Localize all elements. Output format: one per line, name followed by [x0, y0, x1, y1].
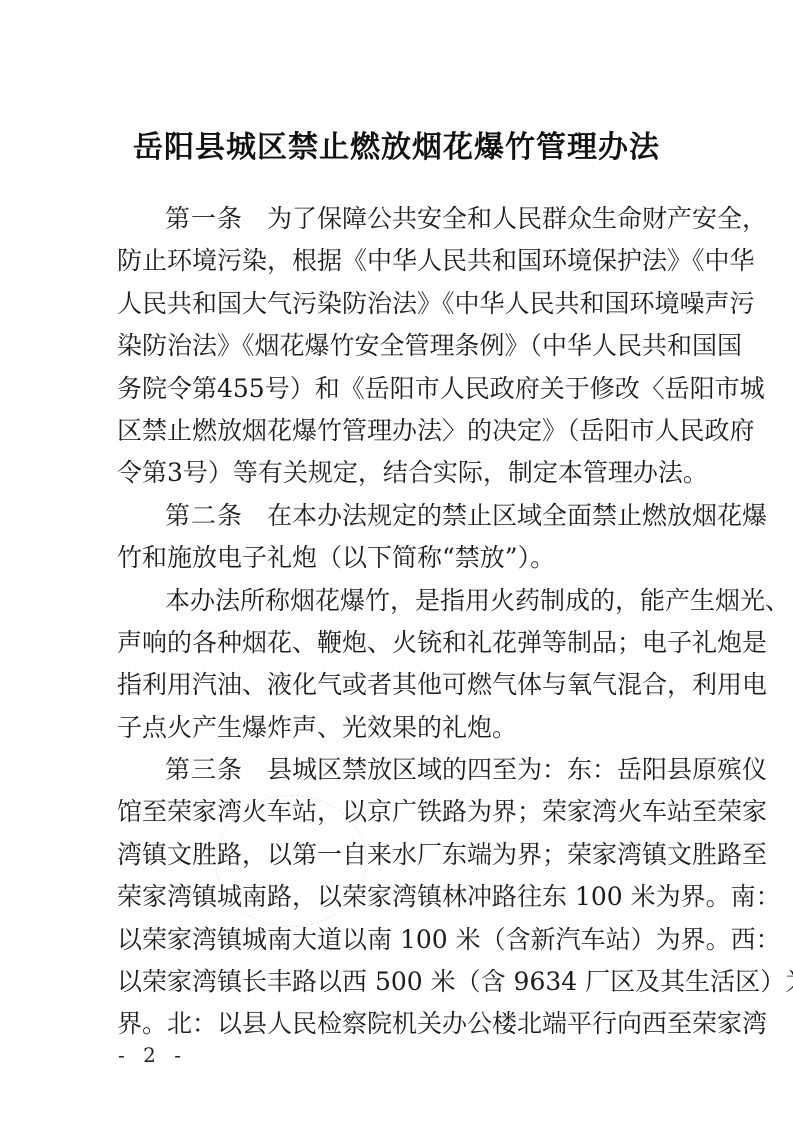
text-line: 染防治法》《烟花爆竹安全管理条例》（中华人民共和国国 [117, 325, 683, 367]
article-label: 第二条 [165, 501, 243, 530]
text-line: 务院令第455号）和《岳阳市人民政府关于修改〈岳阳市城 [117, 368, 683, 410]
text-line: 令第3号）等有关规定，结合实际，制定本管理办法。 [117, 452, 683, 494]
article-3-line-1: 第三条县城区禁放区域的四至为：东：岳阳县原殡仪 [117, 749, 683, 791]
text-line: 子点火产生爆炸声、光效果的礼炮。 [117, 707, 683, 749]
page-number: - 2 - [118, 1043, 187, 1067]
text-line: 界。北：以县人民检察院机关办公楼北端平行向西至荣家湾 [117, 1003, 683, 1045]
text-line: 声响的各种烟花、鞭炮、火铳和礼花弹等制品；电子礼炮是 [117, 622, 683, 664]
article-label: 第一条 [165, 204, 243, 233]
text-line: 竹和施放电子礼炮（以下简称“禁放”）。 [117, 537, 683, 579]
article-label: 第三条 [165, 755, 243, 784]
article-2-line-1: 第二条在本办法规定的禁止区域全面禁止燃放烟花爆 [117, 495, 683, 537]
text-line: 区禁止燃放烟花爆竹管理办法〉的决定》（岳阳市人民政府 [117, 410, 683, 452]
text-line: 荣家湾镇城南路，以荣家湾镇林冲路往东 100 米为界。南： [117, 876, 683, 918]
article-1-line-1: 第一条为了保障公共安全和人民群众生命财产安全， [117, 198, 683, 240]
text-line: 人民共和国大气污染防治法》《中华人民共和国环境噪声污 [117, 283, 683, 325]
text-line: 防止环境污染，根据《中华人民共和国环境保护法》《中华 [117, 240, 683, 282]
text-line: 指利用汽油、液化气或者其他可燃气体与氧气混合，利用电 [117, 664, 683, 706]
text-line: 本办法所称烟花爆竹，是指用火药制成的，能产生烟光、 [117, 580, 683, 622]
document-title: 岳阳县城区禁止燃放烟花爆竹管理办法 [0, 122, 793, 166]
document-page: 岳阳县城区禁止燃放烟花爆竹管理办法 第一条为了保障公共安全和人民群众生命财产安全… [0, 0, 793, 1121]
text-line: 在本办法规定的禁止区域全面禁止燃放烟花爆 [267, 501, 767, 530]
text-line: 县城区禁放区域的四至为：东：岳阳县原殡仪 [267, 755, 767, 784]
text-line: 以荣家湾镇长丰路以西 500 米（含 9634 厂区及其生活区）为 [117, 961, 683, 1003]
text-line: 湾镇文胜路，以第一自来水厂东端为界；荣家湾镇文胜路至 [117, 834, 683, 876]
text-line: 为了保障公共安全和人民群众生命财产安全， [267, 204, 767, 233]
text-line: 以荣家湾镇城南大道以南 100 米（含新汽车站）为界。西： [117, 919, 683, 961]
document-body: 第一条为了保障公共安全和人民群众生命财产安全， 防止环境污染，根据《中华人民共和… [117, 198, 683, 1046]
text-line: 馆至荣家湾火车站，以京广铁路为界；荣家湾火车站至荣家 [117, 791, 683, 833]
